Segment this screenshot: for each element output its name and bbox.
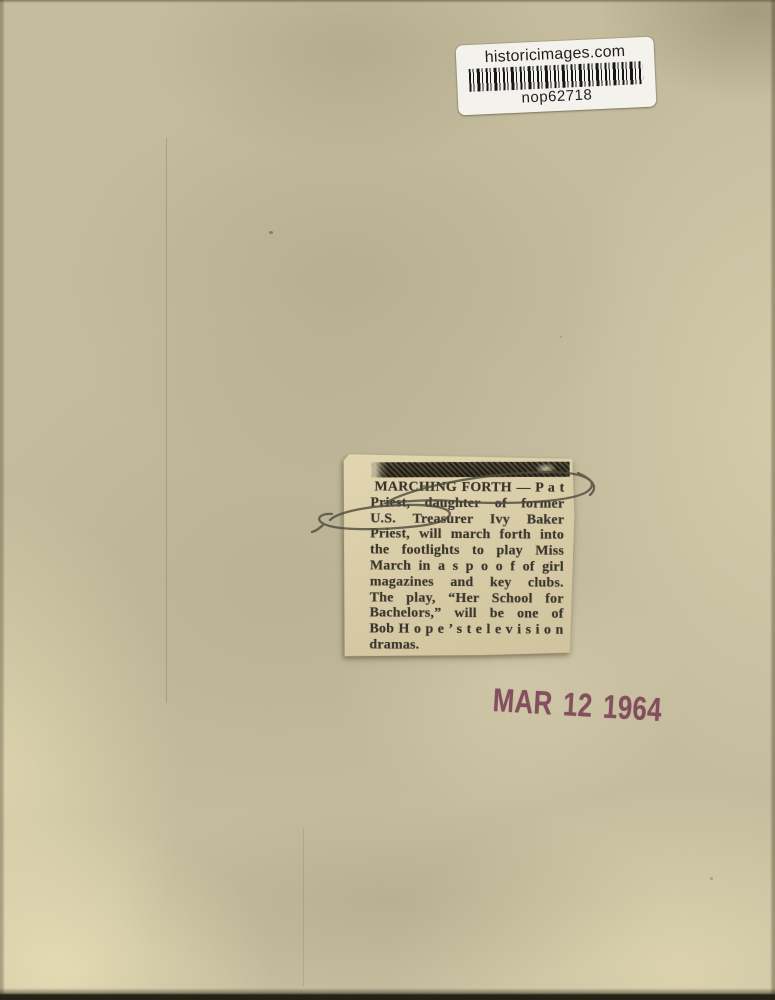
paper-speck [710,877,713,880]
clipping-line: magazines and key clubs. [370,574,564,591]
paper-speck [560,336,562,338]
clipping-line: dramas. [369,637,563,654]
clipping-line: March in a s p o o f of girl [370,558,564,575]
pen-circle-annotation [300,458,612,550]
historicimages-sticker: historicimages.com nop62718 [456,37,657,116]
pen-loop-top [386,472,592,503]
pen-tail [312,524,324,532]
paper-speck [269,231,273,234]
clipping-line: Bachelors,” will be one of [370,606,564,623]
pen-loop-name [319,505,450,529]
clipping-line: Bob H o p e ’ s t e l e v i s i o n [369,622,563,639]
paper-crease-vertical [166,138,167,703]
paper-crease-vertical-lower [303,828,304,986]
clipping-line: The play, “Her School for [370,590,564,607]
